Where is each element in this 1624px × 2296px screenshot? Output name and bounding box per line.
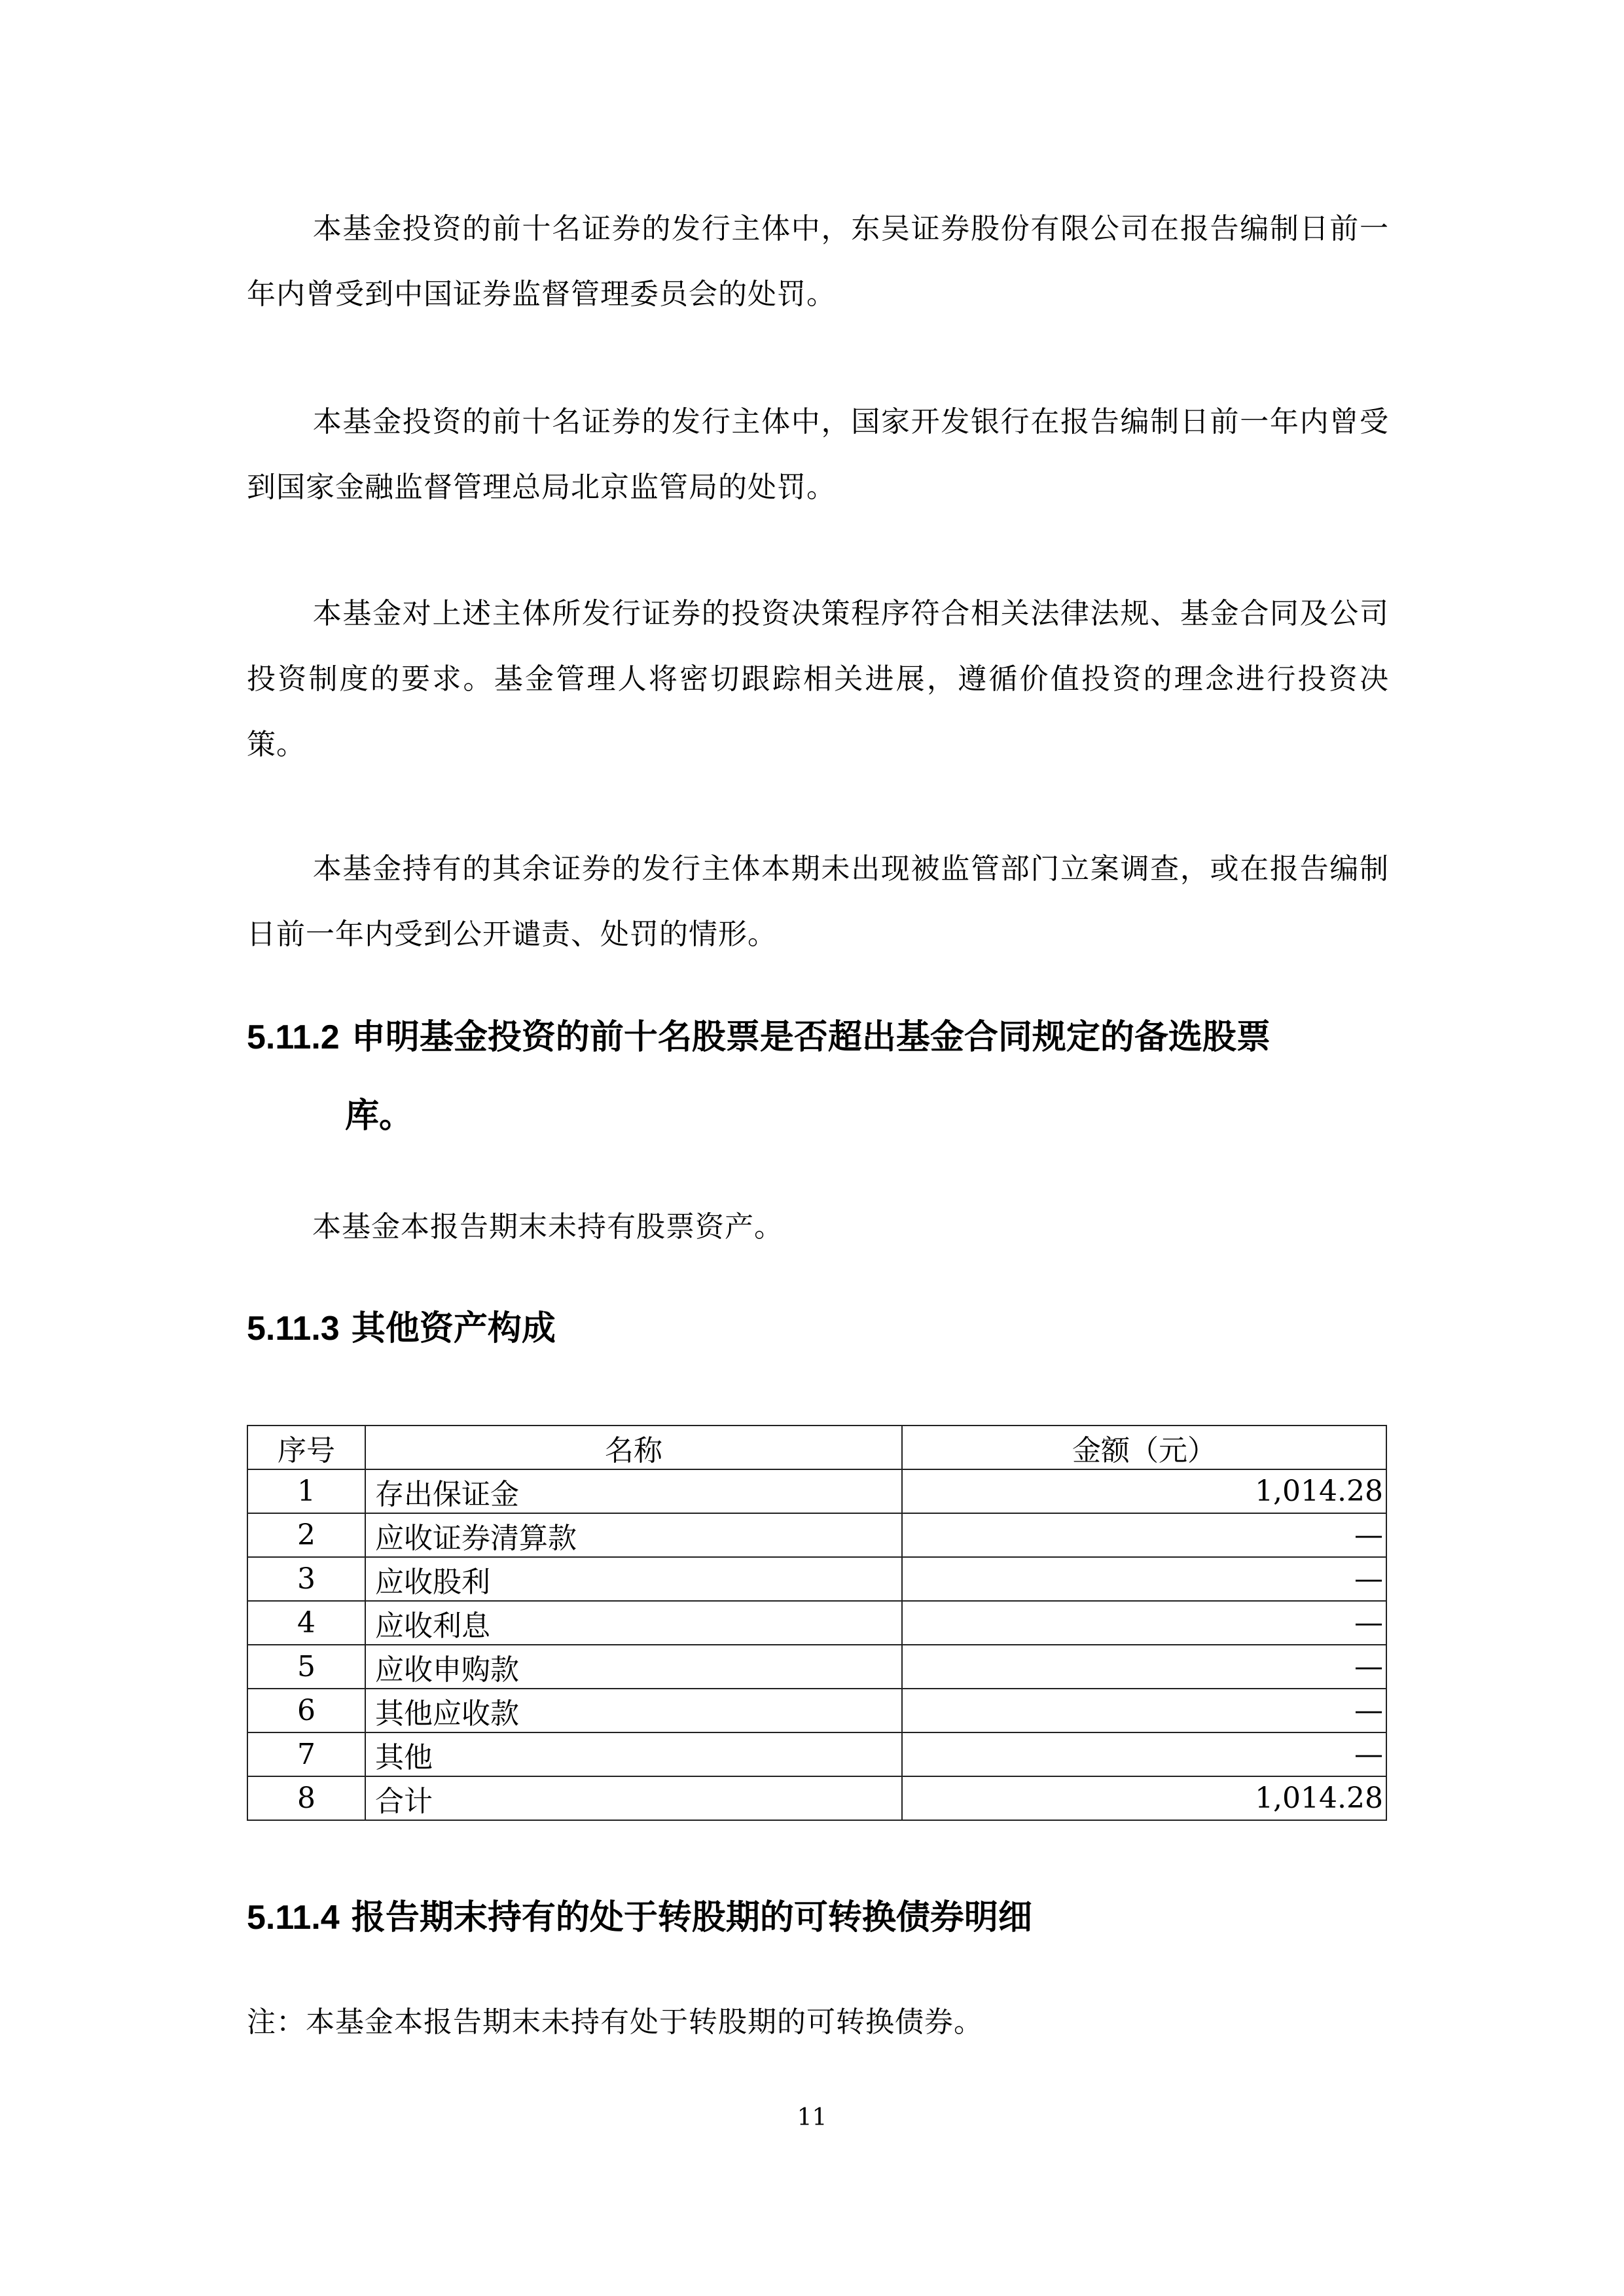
cell-index: 8 [247,1776,365,1820]
paragraph-investment-decision: 本基金对上述主体所发行证券的投资决策程序符合相关法律法规、基金合同及公司投资制度… [247,581,1389,778]
column-header-name: 名称 [365,1426,902,1469]
table-row: 4 应收利息 — [247,1601,1386,1645]
section-title: 其他资产构成 [352,1309,556,1348]
section-title: 报告期末持有的处于转股期的可转换债券明细 [352,1898,1032,1937]
table-row: 5 应收申购款 — [247,1645,1386,1689]
cell-name: 应收证券清算款 [365,1513,902,1557]
cell-amount: — [902,1513,1386,1557]
cell-index: 5 [247,1645,365,1689]
cell-amount: — [902,1689,1386,1732]
document-page: 本基金投资的前十名证券的发行主体中，东吴证券股份有限公司在报告编制日前一年内曾受… [0,0,1624,2296]
section-heading-5-11-2: 5.11.2 申明基金投资的前十名股票是否超出基金合同规定的备选股票 库。 [247,998,1399,1155]
cell-amount: — [902,1601,1386,1645]
paragraph-text: 本基金持有的其余证券的发行主体本期未出现被监管部门立案调查，或在报告编制日前一年… [247,852,1389,951]
table-row: 6 其他应收款 — [247,1689,1386,1732]
table-header-row: 序号 名称 金额（元） [247,1426,1386,1469]
table-row: 7 其他 — [247,1732,1386,1776]
cell-index: 1 [247,1469,365,1513]
cell-index: 7 [247,1732,365,1776]
cell-name: 应收申购款 [365,1645,902,1689]
paragraph-other-securities: 本基金持有的其余证券的发行主体本期未出现被监管部门立案调查，或在报告编制日前一年… [247,836,1389,967]
cell-name: 合计 [365,1776,902,1820]
cell-name: 应收利息 [365,1601,902,1645]
cell-amount: — [902,1557,1386,1601]
paragraph-text: 本基金投资的前十名证券的发行主体中，东吴证券股份有限公司在报告编制日前一年内曾受… [247,212,1389,311]
cell-amount: — [902,1732,1386,1776]
section-title: 申明基金投资的前十名股票是否超出基金合同规定的备选股票 [352,1018,1271,1057]
section-number: 5.11.2 [247,1018,340,1056]
section-heading-5-11-4: 5.11.4 报告期末持有的处于转股期的可转换债券明细 [247,1878,1399,1957]
cell-name: 其他应收款 [365,1689,902,1732]
table-row: 2 应收证券清算款 — [247,1513,1386,1557]
cell-name: 其他 [365,1732,902,1776]
table-row: 3 应收股利 — [247,1557,1386,1601]
section-heading-5-11-3: 5.11.3 其他资产构成 [247,1289,1399,1368]
note-convertible-bonds: 注：本基金本报告期末未持有处于转股期的可转换债券。 [247,1990,1389,2055]
cell-amount: — [902,1645,1386,1689]
cell-name: 存出保证金 [365,1469,902,1513]
paragraph-text: 本基金本报告期末未持有股票资产。 [312,1210,784,1244]
paragraph-text: 本基金投资的前十名证券的发行主体中，国家开发银行在报告编制日前一年内曾受到国家金… [247,405,1389,504]
cell-index: 2 [247,1513,365,1557]
cell-amount: 1,014.28 [902,1469,1386,1513]
column-header-amount: 金额（元） [902,1426,1386,1469]
paragraph-penalty-soochow: 本基金投资的前十名证券的发行主体中，东吴证券股份有限公司在报告编制日前一年内曾受… [247,196,1389,327]
cell-index: 4 [247,1601,365,1645]
paragraph-text: 本基金对上述主体所发行证券的投资决策程序符合相关法律法规、基金合同及公司投资制度… [247,597,1389,761]
cell-name: 应收股利 [365,1557,902,1601]
page-number: 11 [0,2104,1624,2131]
table-row-total: 8 合计 1,014.28 [247,1776,1386,1820]
table-row: 1 存出保证金 1,014.28 [247,1469,1386,1513]
paragraph-no-stock: 本基金本报告期末未持有股票资产。 [247,1194,1389,1260]
cell-index: 6 [247,1689,365,1732]
cell-amount: 1,014.28 [902,1776,1386,1820]
section-number: 5.11.3 [247,1310,340,1348]
column-header-index: 序号 [247,1426,365,1469]
other-assets-table: 序号 名称 金额（元） 1 存出保证金 1,014.28 2 应收证券清算款 —… [247,1425,1387,1821]
section-number: 5.11.4 [247,1899,340,1937]
section-title-continued: 库。 [247,1077,1399,1155]
paragraph-penalty-cdb: 本基金投资的前十名证券的发行主体中，国家开发银行在报告编制日前一年内曾受到国家金… [247,389,1389,520]
note-text: 注：本基金本报告期末未持有处于转股期的可转换债券。 [247,2005,983,2039]
cell-index: 3 [247,1557,365,1601]
